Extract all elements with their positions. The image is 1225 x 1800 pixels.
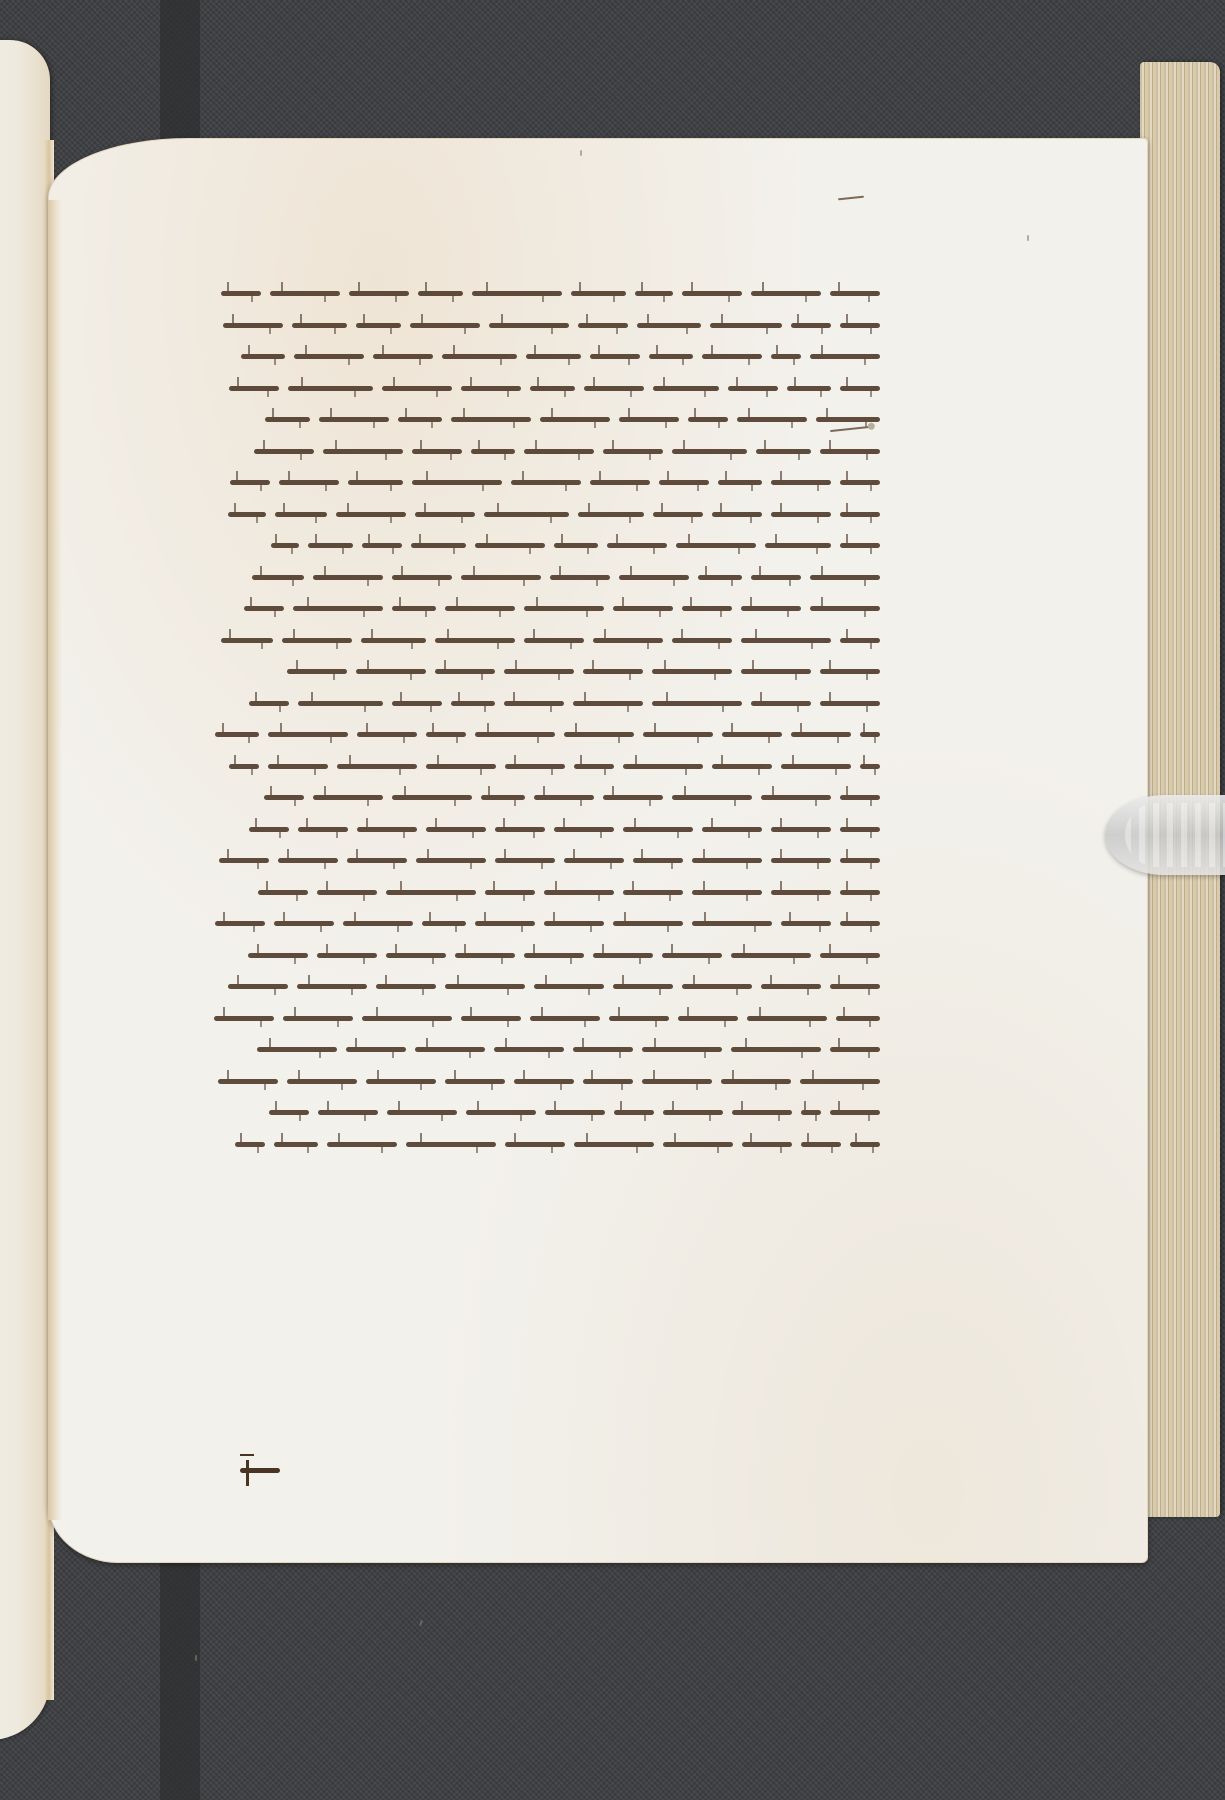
handwritten-word xyxy=(426,827,486,832)
handwritten-word xyxy=(514,1079,574,1084)
handwritten-word xyxy=(475,921,535,926)
text-line xyxy=(110,341,880,373)
handwritten-word xyxy=(471,449,515,454)
handwritten-word xyxy=(771,858,831,863)
handwritten-word xyxy=(505,764,565,769)
handwritten-word xyxy=(801,1142,841,1147)
handwritten-word xyxy=(254,449,314,454)
handwritten-word xyxy=(504,701,564,706)
handwritten-word xyxy=(619,575,689,580)
handwritten-word xyxy=(781,921,831,926)
page-edges-stack xyxy=(1140,62,1220,1517)
handwritten-word xyxy=(392,575,452,580)
handwritten-word xyxy=(282,638,352,643)
handwritten-word xyxy=(504,669,574,674)
text-line xyxy=(110,908,880,940)
handwritten-word xyxy=(323,449,403,454)
handwritten-word xyxy=(840,827,880,832)
handwritten-word xyxy=(268,732,348,737)
handwritten-word xyxy=(219,858,269,863)
handwritten-word xyxy=(313,575,383,580)
text-line xyxy=(110,940,880,972)
handwritten-word xyxy=(292,323,347,328)
handwritten-word xyxy=(461,386,521,391)
handwritten-word xyxy=(524,606,604,611)
handwritten-word xyxy=(376,984,436,989)
handwritten-word xyxy=(392,795,472,800)
handwritten-word xyxy=(366,1079,436,1084)
handwritten-word xyxy=(623,827,693,832)
handwritten-word xyxy=(357,732,417,737)
handwritten-word xyxy=(298,701,383,706)
handwritten-word xyxy=(653,386,719,391)
handwritten-word xyxy=(554,543,598,548)
handwritten-word xyxy=(545,1110,605,1115)
handwritten-word xyxy=(416,858,486,863)
handwritten-word xyxy=(747,1016,827,1021)
text-line xyxy=(110,1066,880,1098)
handwritten-word xyxy=(313,795,383,800)
handwritten-word xyxy=(840,638,880,643)
handwritten-word xyxy=(455,953,515,958)
handwritten-word xyxy=(317,890,377,895)
handwritten-word xyxy=(418,291,463,296)
handwritten-word xyxy=(308,543,353,548)
handwritten-word xyxy=(840,543,880,548)
handwritten-word xyxy=(229,764,259,769)
handwritten-word xyxy=(688,417,728,422)
handwritten-word xyxy=(287,1079,357,1084)
manuscript-text-block xyxy=(110,278,880,1160)
catchword xyxy=(240,1458,285,1478)
handwritten-word xyxy=(475,732,555,737)
handwritten-word xyxy=(710,323,782,328)
handwritten-word xyxy=(475,543,545,548)
handwritten-word xyxy=(228,512,266,517)
handwritten-word xyxy=(294,354,364,359)
handwritten-word xyxy=(554,827,614,832)
handwritten-word xyxy=(466,1110,536,1115)
handwritten-word xyxy=(613,984,673,989)
handwritten-word xyxy=(244,606,284,611)
handwritten-word xyxy=(712,512,762,517)
handwritten-word xyxy=(659,480,709,485)
handwritten-word xyxy=(435,638,515,643)
handwritten-word xyxy=(270,291,340,296)
handwritten-word xyxy=(265,417,310,422)
handwritten-word xyxy=(241,354,285,359)
handwritten-word xyxy=(756,449,811,454)
handwritten-word xyxy=(820,701,880,706)
handwritten-word xyxy=(269,1110,309,1115)
handwritten-word xyxy=(771,890,831,895)
text-line xyxy=(110,467,880,499)
handwritten-word xyxy=(530,386,575,391)
handwritten-word xyxy=(761,984,821,989)
handwritten-word xyxy=(663,1142,733,1147)
handwritten-word xyxy=(642,1079,712,1084)
handwritten-word xyxy=(741,669,811,674)
handwritten-word xyxy=(386,890,476,895)
handwritten-word xyxy=(653,512,703,517)
handwritten-word xyxy=(840,323,880,328)
handwritten-word xyxy=(603,795,663,800)
handwritten-word xyxy=(564,858,624,863)
handwritten-word xyxy=(264,795,304,800)
handwritten-word xyxy=(737,417,807,422)
text-line xyxy=(110,562,880,594)
handwritten-word xyxy=(406,1142,496,1147)
handwritten-word xyxy=(317,953,377,958)
text-line xyxy=(110,751,880,783)
text-line xyxy=(110,814,880,846)
handwritten-word xyxy=(544,890,614,895)
handwritten-word xyxy=(472,291,562,296)
text-line xyxy=(110,688,880,720)
handwritten-word xyxy=(649,354,693,359)
handwritten-word xyxy=(258,890,308,895)
handwritten-word xyxy=(526,354,581,359)
handwritten-word xyxy=(593,638,663,643)
handwritten-word xyxy=(751,701,811,706)
handwritten-word xyxy=(642,1047,722,1052)
handwritten-word xyxy=(692,921,772,926)
text-line xyxy=(110,530,880,562)
handwritten-word xyxy=(787,386,831,391)
handwritten-word xyxy=(771,354,801,359)
handwritten-word xyxy=(221,291,261,296)
handwritten-word xyxy=(336,512,406,517)
handwritten-word xyxy=(287,669,347,674)
handwritten-word xyxy=(682,984,752,989)
text-line xyxy=(110,310,880,342)
handwritten-word xyxy=(343,921,413,926)
handwritten-word xyxy=(692,890,762,895)
handwritten-word xyxy=(663,1110,723,1115)
handwritten-word xyxy=(392,701,442,706)
handwritten-word xyxy=(382,386,452,391)
handwritten-word xyxy=(362,1016,452,1021)
handwritten-word xyxy=(412,480,502,485)
handwritten-word xyxy=(387,1110,457,1115)
handwritten-word xyxy=(840,795,880,800)
handwritten-word xyxy=(574,1142,654,1147)
handwritten-word xyxy=(830,984,880,989)
handwritten-word xyxy=(698,575,742,580)
handwritten-word xyxy=(574,764,614,769)
handwritten-word xyxy=(248,953,308,958)
handwritten-word xyxy=(348,480,403,485)
handwritten-word xyxy=(860,764,880,769)
handwritten-word xyxy=(571,291,626,296)
handwritten-word xyxy=(461,575,541,580)
handwritten-word xyxy=(249,827,289,832)
handwritten-word xyxy=(742,1142,792,1147)
handwritten-word xyxy=(564,732,634,737)
handwritten-word xyxy=(550,575,610,580)
handwritten-word xyxy=(619,417,679,422)
handwritten-word xyxy=(672,795,752,800)
handwritten-word xyxy=(623,764,703,769)
handwritten-word xyxy=(801,1110,821,1115)
handwritten-word xyxy=(590,480,650,485)
handwritten-word xyxy=(524,638,584,643)
handwritten-word xyxy=(771,480,831,485)
handwritten-word xyxy=(445,1079,505,1084)
handwritten-word xyxy=(495,858,555,863)
paper-speck xyxy=(195,1655,197,1661)
handwritten-word xyxy=(712,764,772,769)
handwritten-word xyxy=(283,1016,353,1021)
handwritten-word xyxy=(860,732,880,737)
handwritten-word xyxy=(540,417,610,422)
handwritten-word xyxy=(771,827,831,832)
paper-speck xyxy=(580,150,582,156)
handwritten-word xyxy=(771,512,831,517)
page-gutter xyxy=(48,200,62,1520)
handwritten-word xyxy=(357,827,417,832)
handwritten-word xyxy=(584,386,644,391)
handwritten-word xyxy=(257,1047,337,1052)
handwritten-word xyxy=(495,827,545,832)
handwritten-word xyxy=(633,858,683,863)
text-line xyxy=(110,877,880,909)
handwritten-word xyxy=(297,984,367,989)
handwritten-word xyxy=(426,732,466,737)
handwritten-word xyxy=(268,764,328,769)
handwritten-word xyxy=(702,354,762,359)
handwritten-word xyxy=(751,291,821,296)
handwritten-word xyxy=(530,1016,600,1021)
handwritten-word xyxy=(215,921,265,926)
handwritten-word xyxy=(652,701,742,706)
handwritten-word xyxy=(672,449,747,454)
handwritten-word xyxy=(682,606,732,611)
handwritten-word xyxy=(830,1110,880,1115)
handwritten-word xyxy=(386,953,446,958)
handwritten-word xyxy=(721,1079,791,1084)
text-line xyxy=(110,1097,880,1129)
text-line xyxy=(110,499,880,531)
handwritten-word xyxy=(361,638,426,643)
handwritten-word xyxy=(573,701,643,706)
handwritten-word xyxy=(623,890,683,895)
handwritten-word xyxy=(392,606,436,611)
handwritten-word xyxy=(411,543,466,548)
handwritten-word xyxy=(593,953,653,958)
handwritten-word xyxy=(228,984,288,989)
page-weight-clip xyxy=(1105,795,1225,875)
text-line xyxy=(110,625,880,657)
handwritten-word xyxy=(731,1047,821,1052)
handwritten-word xyxy=(603,449,663,454)
handwritten-word xyxy=(820,669,880,674)
handwritten-word xyxy=(356,669,426,674)
handwritten-word xyxy=(511,480,581,485)
catchword-text xyxy=(240,1468,280,1473)
handwritten-word xyxy=(485,890,535,895)
handwritten-word xyxy=(298,827,348,832)
handwritten-word xyxy=(288,386,373,391)
handwritten-word xyxy=(494,1047,564,1052)
handwritten-word xyxy=(215,732,259,737)
handwritten-word xyxy=(672,638,732,643)
handwritten-word xyxy=(583,669,643,674)
handwritten-word xyxy=(534,984,604,989)
handwritten-word xyxy=(279,480,339,485)
handwritten-word xyxy=(505,1142,565,1147)
handwritten-word xyxy=(836,1016,880,1021)
handwritten-word xyxy=(578,323,628,328)
handwritten-word xyxy=(637,323,701,328)
text-line xyxy=(110,656,880,688)
handwritten-word xyxy=(445,606,515,611)
handwritten-word xyxy=(410,323,480,328)
handwritten-word xyxy=(484,512,569,517)
handwritten-word xyxy=(702,827,762,832)
handwritten-word xyxy=(412,449,462,454)
handwritten-word xyxy=(223,323,283,328)
handwritten-word xyxy=(230,480,270,485)
handwritten-word xyxy=(451,417,531,422)
handwritten-word xyxy=(415,1047,485,1052)
handwritten-word xyxy=(422,921,466,926)
handwritten-word xyxy=(850,1142,880,1147)
handwritten-word xyxy=(590,354,640,359)
handwritten-word xyxy=(820,953,880,958)
text-line xyxy=(110,971,880,1003)
handwritten-word xyxy=(840,386,880,391)
handwritten-word xyxy=(578,512,644,517)
handwritten-word xyxy=(524,449,594,454)
handwritten-word xyxy=(337,764,417,769)
handwritten-word xyxy=(810,354,880,359)
handwritten-word xyxy=(274,921,334,926)
catchword-stem xyxy=(246,1460,249,1486)
handwritten-word xyxy=(489,323,569,328)
handwritten-word xyxy=(318,1110,378,1115)
text-line xyxy=(110,1003,880,1035)
handwritten-word xyxy=(840,858,880,863)
handwritten-word xyxy=(293,606,383,611)
handwritten-word xyxy=(830,1047,880,1052)
handwritten-word xyxy=(781,764,851,769)
handwritten-word xyxy=(373,354,433,359)
text-line xyxy=(110,404,880,436)
handwritten-word xyxy=(534,795,594,800)
handwritten-word xyxy=(791,323,831,328)
handwritten-word xyxy=(415,512,475,517)
left-page xyxy=(0,40,50,1740)
paper-speck xyxy=(1027,235,1029,241)
handwritten-word xyxy=(751,575,801,580)
handwritten-word xyxy=(722,732,782,737)
handwritten-word xyxy=(652,669,732,674)
handwritten-word xyxy=(741,606,801,611)
text-line xyxy=(110,278,880,310)
handwritten-word xyxy=(274,1142,318,1147)
handwritten-word xyxy=(840,921,880,926)
handwritten-word xyxy=(765,543,831,548)
text-line xyxy=(110,782,880,814)
handwritten-word xyxy=(271,543,299,548)
handwritten-word xyxy=(435,669,495,674)
handwritten-word xyxy=(461,1016,521,1021)
handwritten-word xyxy=(643,732,713,737)
handwritten-word xyxy=(362,543,402,548)
handwritten-word xyxy=(676,543,756,548)
handwritten-word xyxy=(810,575,880,580)
text-line xyxy=(110,593,880,625)
handwritten-word xyxy=(275,512,327,517)
handwritten-word xyxy=(692,858,762,863)
handwritten-word xyxy=(544,921,604,926)
handwritten-word xyxy=(346,1047,406,1052)
handwritten-word xyxy=(731,953,811,958)
handwritten-word xyxy=(718,480,762,485)
handwritten-word xyxy=(635,291,673,296)
handwritten-word xyxy=(573,1047,633,1052)
handwritten-word xyxy=(442,354,517,359)
handwritten-word xyxy=(235,1142,265,1147)
text-line xyxy=(110,436,880,468)
handwritten-word xyxy=(830,291,880,296)
handwritten-word xyxy=(732,1110,792,1115)
handwritten-word xyxy=(613,921,683,926)
text-line xyxy=(110,845,880,877)
handwritten-word xyxy=(319,417,389,422)
text-line xyxy=(110,1129,880,1161)
handwritten-word xyxy=(347,858,407,863)
handwritten-word xyxy=(728,386,778,391)
handwritten-word xyxy=(583,1079,633,1084)
handwritten-word xyxy=(445,984,525,989)
handwritten-word xyxy=(481,795,525,800)
handwritten-word xyxy=(816,417,880,422)
handwritten-word xyxy=(451,701,495,706)
handwritten-word xyxy=(682,291,742,296)
handwritten-word xyxy=(800,1079,880,1084)
handwritten-word xyxy=(791,732,851,737)
text-line xyxy=(110,373,880,405)
handwritten-word xyxy=(426,764,496,769)
handwritten-word xyxy=(613,606,673,611)
handwritten-word xyxy=(810,606,880,611)
handwritten-word xyxy=(678,1016,738,1021)
text-line xyxy=(110,719,880,751)
handwritten-word xyxy=(327,1142,397,1147)
handwritten-word xyxy=(356,323,401,328)
handwritten-word xyxy=(524,953,584,958)
handwritten-word xyxy=(252,575,304,580)
handwritten-word xyxy=(229,386,279,391)
handwritten-word xyxy=(221,638,273,643)
handwritten-word xyxy=(609,1016,669,1021)
handwritten-word xyxy=(278,858,338,863)
handwritten-word xyxy=(614,1110,654,1115)
catchword-overline xyxy=(240,1454,254,1456)
text-line xyxy=(110,1034,880,1066)
handwritten-word xyxy=(349,291,409,296)
handwritten-word xyxy=(840,512,880,517)
handwritten-word xyxy=(820,449,880,454)
handwritten-word xyxy=(662,953,722,958)
handwritten-word xyxy=(398,417,442,422)
handwritten-word xyxy=(249,701,289,706)
handwritten-word xyxy=(761,795,831,800)
handwritten-word xyxy=(218,1079,278,1084)
handwritten-word xyxy=(741,638,831,643)
